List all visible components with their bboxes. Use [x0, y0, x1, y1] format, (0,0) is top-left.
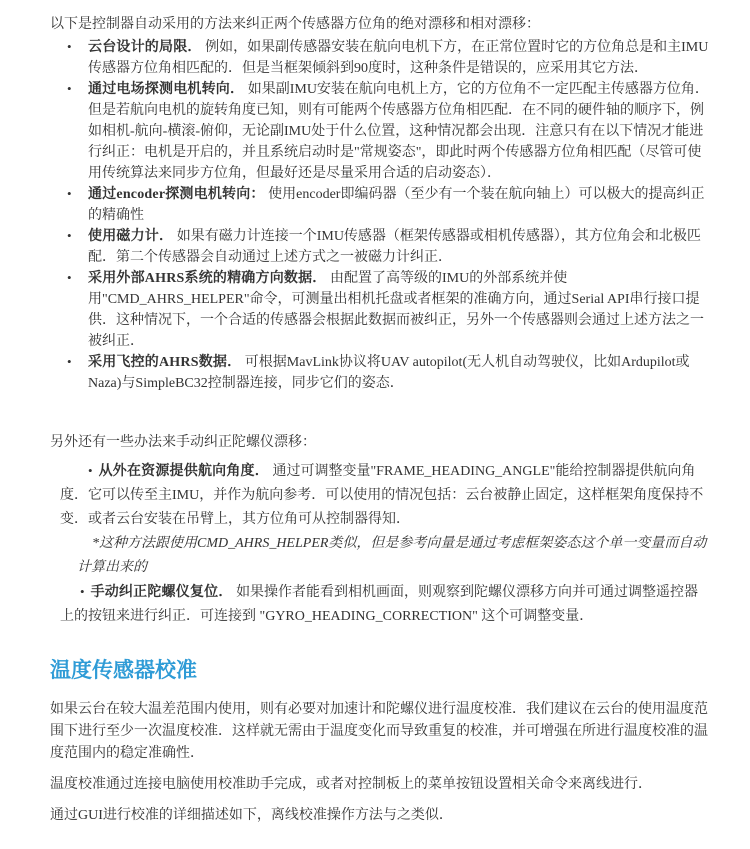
- method-item: •从外在资源提供航向角度． 通过可调整变量"FRAME_HEADING_ANGL…: [60, 459, 712, 532]
- section-paragraph: 温度校准通过连接电脑使用校准助手完成，或者对控制板上的菜单按钮设置相关命令来离线…: [50, 774, 712, 796]
- method-lead: 通过encoder探测电机转向：: [88, 187, 265, 202]
- bullet-icon: •: [80, 584, 91, 599]
- method-body: 如果有磁力计连接一个IMU传感器（框架传感器或相机传感器），其方位角会和北极匹配…: [88, 229, 701, 265]
- method-lead: 从外在资源提供航向角度．: [99, 464, 269, 479]
- section-paragraph: 如果云台在较大温差范围内使用，则有必要对加速计和陀螺仪进行温度校准．我们建议在云…: [50, 699, 712, 765]
- bullet-icon: •: [67, 225, 72, 246]
- method-item: •通过电场探测电机转向． 如果副IMU安装在航向电机上方，它的方位角不一定匹配主…: [65, 79, 712, 184]
- bullet-icon: •: [67, 36, 72, 57]
- bullet-icon: •: [67, 78, 72, 99]
- manual-intro-paragraph: 另外还有一些办法来手动纠正陀螺仪漂移：: [50, 432, 712, 453]
- bullet-icon: •: [67, 183, 72, 204]
- method-lead: 通过电场探测电机转向．: [88, 82, 244, 97]
- auto-methods-list: •云台设计的局限． 例如，如果副传感器安装在航向电机下方，在正常位置时它的方位角…: [50, 37, 712, 394]
- method-lead: 采用外部AHRS系统的精确方向数据．: [88, 271, 327, 286]
- method-item: •使用磁力计． 如果有磁力计连接一个IMU传感器（框架传感器或相机传感器），其方…: [65, 226, 712, 268]
- bullet-icon: •: [67, 267, 72, 288]
- bullet-icon: •: [88, 463, 99, 478]
- intro-paragraph: 以下是控制器自动采用的方法来纠正两个传感器方位角的绝对漂移和相对漂移：: [50, 14, 712, 35]
- method-item: •采用飞控的AHRS数据． 可根据MavLink协议将UAV autopilot…: [65, 352, 712, 394]
- method-item: •手动纠正陀螺仪复位． 如果操作者能看到相机画面，则观察到陀螺仪漂移方向并可通过…: [60, 580, 712, 629]
- section-heading: 温度传感器校准: [50, 659, 712, 683]
- method-lead: 手动纠正陀螺仪复位．: [91, 585, 233, 600]
- manual-methods-list: •从外在资源提供航向角度． 通过可调整变量"FRAME_HEADING_ANGL…: [50, 459, 712, 629]
- section-paragraph: 通过GUI进行校准的详细描述如下，离线校准操作方法与之类似．: [50, 805, 712, 827]
- method-lead: 云台设计的局限．: [88, 40, 202, 55]
- bullet-icon: •: [67, 351, 72, 372]
- document-page: 以下是控制器自动采用的方法来纠正两个传感器方位角的绝对漂移和相对漂移： •云台设…: [0, 0, 750, 849]
- method-lead: 使用磁力计．: [88, 229, 173, 244]
- note-paragraph: *这种方法跟使用CMD_AHRS_HELPER类似，但是参考向量是通过考虑框架姿…: [77, 532, 712, 580]
- method-item: •云台设计的局限． 例如，如果副传感器安装在航向电机下方，在正常位置时它的方位角…: [65, 37, 712, 79]
- method-item: •采用外部AHRS系统的精确方向数据． 由配置了高等级的IMU的外部系统并使用"…: [65, 268, 712, 352]
- method-lead: 采用飞控的AHRS数据．: [88, 355, 241, 370]
- method-item: •通过encoder探测电机转向： 使用encoder即编码器（至少有一个装在航…: [65, 184, 712, 226]
